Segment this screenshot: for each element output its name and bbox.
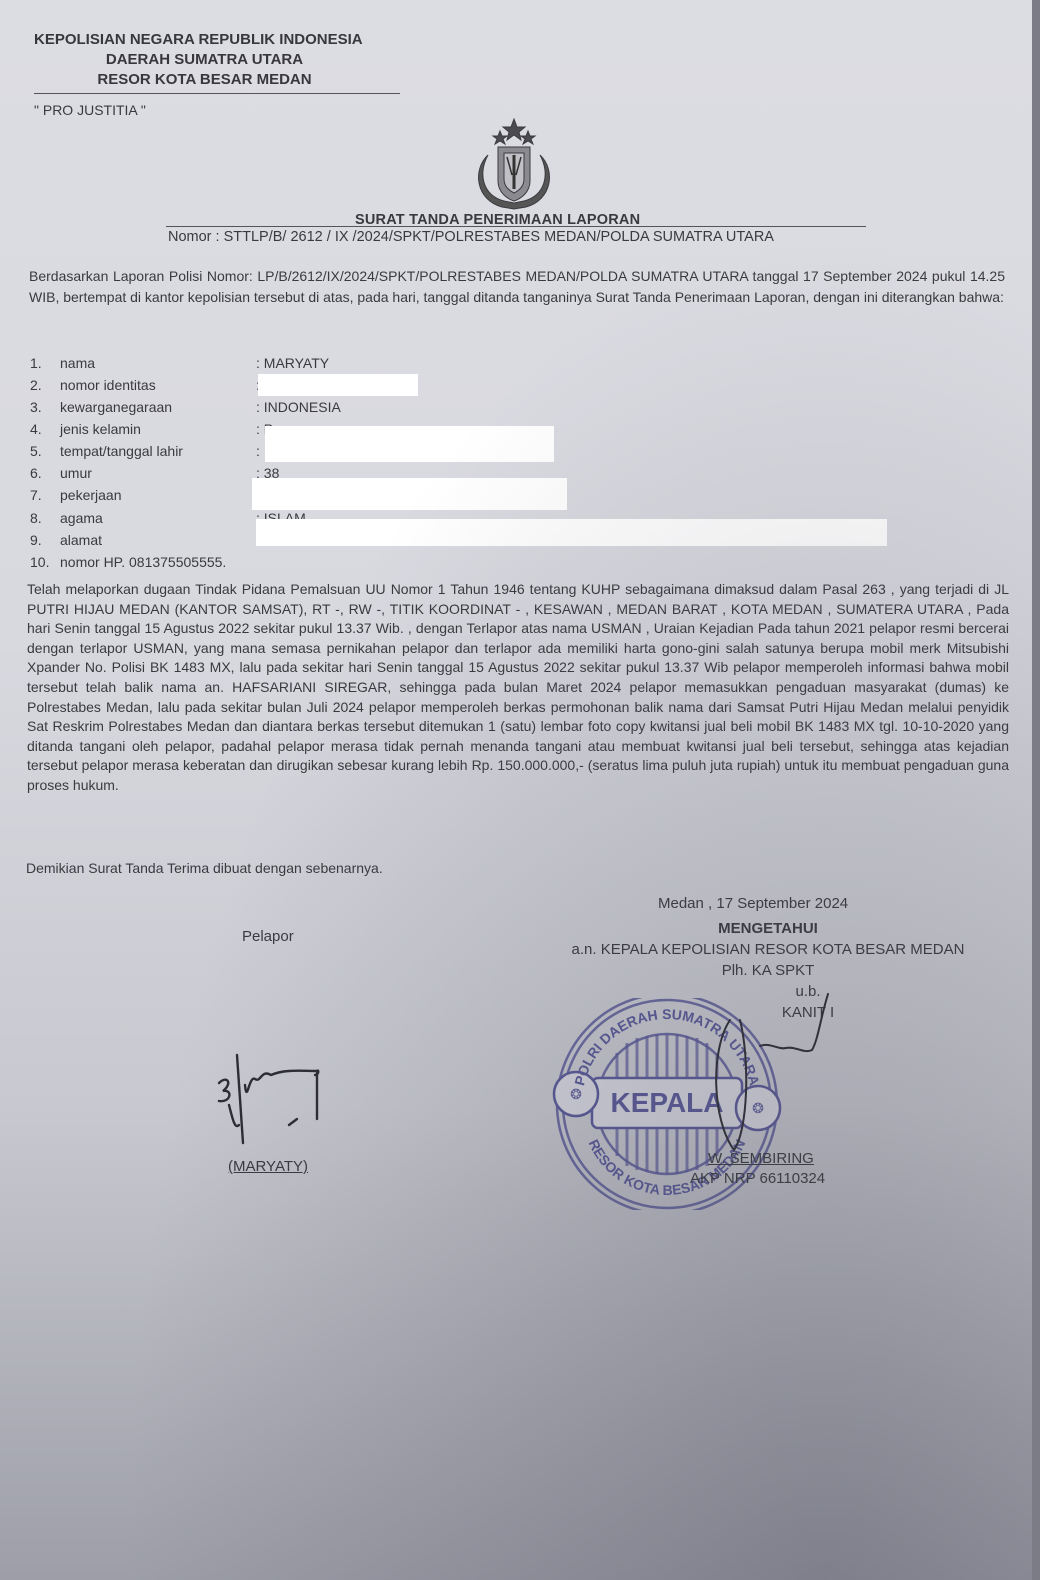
field-number: 9. xyxy=(30,529,60,551)
place-date: Medan , 17 September 2024 xyxy=(658,895,848,912)
field-number: 2. xyxy=(30,374,60,396)
reporter-signature xyxy=(205,1045,335,1145)
field-label: agama xyxy=(60,507,256,529)
document-number: Nomor : STTLP/B/ 2612 / IX /2024/SPKT/PO… xyxy=(168,229,774,245)
field-label: umur xyxy=(60,462,256,484)
field-row: 5.tempat/tanggal lahir: I xyxy=(30,440,256,462)
redaction-box xyxy=(256,519,887,546)
field-label: nama xyxy=(60,352,256,374)
field-label: alamat xyxy=(60,529,256,551)
field-label: nomor identitas xyxy=(60,374,256,396)
field-row: 1.nama: MARYATY xyxy=(30,352,256,374)
field-value: : INDONESIA xyxy=(256,396,341,418)
acknowledged-label: MENGETAHUI xyxy=(540,918,996,939)
redaction-box xyxy=(258,374,418,396)
field-row: 6.umur: 38 xyxy=(30,462,256,484)
letterhead: KEPOLISIAN NEGARA REPUBLIK INDONESIA DAE… xyxy=(34,30,399,90)
redaction-box xyxy=(252,478,567,510)
letterhead-line2: DAERAH SUMATRA UTARA xyxy=(34,50,399,70)
field-row: 8.agama: ISLAM xyxy=(30,507,256,529)
officer-signature xyxy=(700,990,840,1160)
field-row: 7.pekerjaan xyxy=(30,484,256,506)
field-number: 5. xyxy=(30,440,60,462)
field-number: 8. xyxy=(30,507,60,529)
on-behalf-label: a.n. KEPALA KEPOLISIAN RESOR KOTA BESAR … xyxy=(540,939,996,960)
field-number: 10. xyxy=(30,551,60,573)
position-label: Plh. KA SPKT xyxy=(540,960,996,981)
field-number: 1. xyxy=(30,352,60,374)
field-number: 6. xyxy=(30,462,60,484)
field-value: : MARYATY xyxy=(256,352,329,374)
field-label: tempat/tanggal lahir xyxy=(60,440,256,462)
closing-statement: Demikian Surat Tanda Terima dibuat denga… xyxy=(26,860,383,876)
field-label: kewarganegaraan xyxy=(60,396,256,418)
intro-paragraph: Berdasarkan Laporan Polisi Nomor: LP/B/2… xyxy=(29,266,1005,308)
police-emblem-icon xyxy=(462,115,566,215)
field-row: 4.jenis kelamin: P xyxy=(30,418,256,440)
letterhead-line3: RESOR KOTA BESAR MEDAN xyxy=(34,70,399,90)
field-row: 10.nomor HP. 081375505555. xyxy=(30,551,226,573)
redaction-box xyxy=(265,426,554,462)
field-number: 7. xyxy=(30,484,60,506)
field-label: jenis kelamin xyxy=(60,418,256,440)
document-page: KEPOLISIAN NEGARA REPUBLIK INDONESIA DAE… xyxy=(0,0,1032,1580)
field-number: 4. xyxy=(30,418,60,440)
pro-justitia: " PRO JUSTITIA " xyxy=(34,102,146,118)
title-divider xyxy=(166,226,866,227)
officer-nrp: AKP NRP 66110324 xyxy=(690,1170,825,1187)
reporter-name: (MARYATY) xyxy=(228,1158,308,1175)
field-row: 9.alamat xyxy=(30,529,256,551)
field-number: 3. xyxy=(30,396,60,418)
officer-name: W. SEMBIRING xyxy=(708,1150,814,1167)
letterhead-divider xyxy=(34,93,400,94)
field-row: 2.nomor identitas: xyxy=(30,374,256,396)
field-row: 3.kewarganegaraan: INDONESIA xyxy=(30,396,256,418)
field-label: pekerjaan xyxy=(60,484,256,506)
letterhead-line1: KEPOLISIAN NEGARA REPUBLIK INDONESIA xyxy=(34,30,399,50)
report-description: Telah melaporkan dugaan Tindak Pidana Pe… xyxy=(27,580,1009,796)
field-label: nomor HP. 081375505555. xyxy=(60,551,226,573)
reporter-label: Pelapor xyxy=(242,928,294,945)
stamp-emblem-icon: ❂ xyxy=(570,1086,582,1102)
